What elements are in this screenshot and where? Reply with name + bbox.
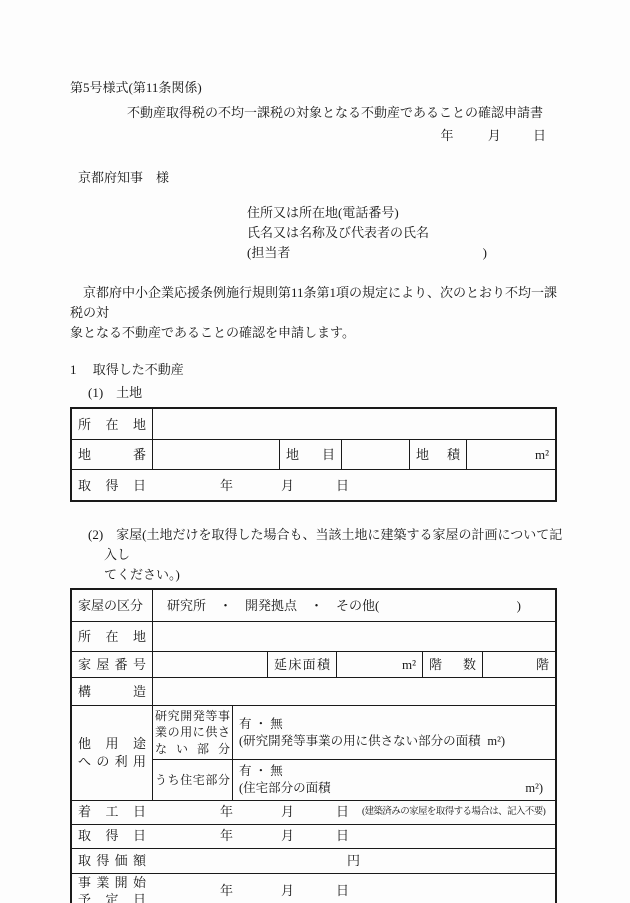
header-date-month-label: 月 <box>488 127 501 145</box>
non-rd-subrow: 研究開発等事業の用に供さない部分 有 ・ 無 (研究開発等事業の用に供さない部分… <box>153 706 555 759</box>
structure-field[interactable] <box>152 678 555 705</box>
floor-area-field[interactable]: m² <box>336 652 422 677</box>
year-label: 年 <box>220 882 233 900</box>
non-rd-area-line: (研究開発等事業の用に供さない部分の面積 m²) <box>239 733 549 750</box>
start-date-label: 着工日 <box>78 803 146 821</box>
non-rd-label: 研究開発等事業の用に供さない部分 <box>155 708 230 757</box>
floor-area-label-cell: 延床面積 <box>267 652 336 677</box>
price-label: 取得価額 <box>78 852 146 870</box>
land-location-label-cell: 所在地 <box>72 409 152 439</box>
non-rd-field[interactable]: 有 ・ 無 (研究開発等事業の用に供さない部分の面積 m²) <box>232 706 555 759</box>
table-row: 事業開始 予定日 年 月 日 <box>72 873 555 903</box>
year-label: 年 <box>220 827 233 845</box>
land-location-label: 所在地 <box>78 416 146 434</box>
land-area-label: 地積 <box>416 446 460 464</box>
land-area-unit: m² <box>535 446 549 464</box>
start-date-field[interactable]: 年 月 日 (建築済みの家屋を取得する場合は、記入不要) <box>152 801 555 824</box>
residential-choice[interactable]: 有 ・ 無 <box>239 763 549 780</box>
table-row: 家屋の区分 研究所 ・ 開発拠点 ・ その他( ) <box>72 590 555 621</box>
floors-label: 階数 <box>429 656 476 674</box>
building-location-field[interactable] <box>152 622 555 651</box>
table-row: 取得価額 円 <box>72 848 555 873</box>
land-location-field[interactable] <box>152 409 555 439</box>
start-date-label-cell: 着工日 <box>72 801 152 824</box>
section-1-heading: 1 取得した不動産 <box>70 361 560 379</box>
land-parcel-label: 地番 <box>78 446 146 464</box>
residential-subrow: うち住宅部分 有 ・ 無 (住宅部分の面積 m²) <box>153 759 555 800</box>
building-acq-date-field[interactable]: 年 月 日 <box>152 825 555 848</box>
building-table: 家屋の区分 研究所 ・ 開発拠点 ・ その他( ) 所在地 家屋番号 <box>70 588 557 903</box>
residential-area-line: (住宅部分の面積 m²) <box>239 780 549 797</box>
land-category-label-cell: 地目 <box>279 440 341 469</box>
table-row: 家屋番号 延床面積 m² 階数 階 <box>72 651 555 677</box>
applicant-name-label: 氏名又は名称及び代表者の氏名 <box>247 223 560 243</box>
header-date-line: 年 月 日 <box>70 127 560 145</box>
month-label: 月 <box>281 803 294 821</box>
price-unit: 円 <box>347 852 360 870</box>
price-field[interactable]: 円 <box>152 849 555 873</box>
building-number-label-cell: 家屋番号 <box>72 652 152 677</box>
floors-field[interactable]: 階 <box>482 652 555 677</box>
year-label: 年 <box>220 803 233 821</box>
contact-close-paren: ) <box>483 243 487 263</box>
building-acq-date-label-cell: 取得日 <box>72 825 152 848</box>
land-parcel-field[interactable] <box>152 440 279 469</box>
business-start-label-cell: 事業開始 予定日 <box>72 874 152 903</box>
residential-area-prefix: (住宅部分の面積 <box>239 780 331 797</box>
structure-label: 構造 <box>78 683 146 701</box>
non-rd-area-prefix: (研究開発等事業の用に供さない部分の面積 <box>239 733 481 750</box>
day-label: 日 <box>336 477 349 495</box>
table-row: 所在地 <box>72 621 555 651</box>
table-row: 所在地 <box>72 409 555 439</box>
table-row: 構造 <box>72 677 555 705</box>
contact-open-label: (担当者 <box>247 243 290 263</box>
price-label-cell: 取得価額 <box>72 849 152 873</box>
residential-field[interactable]: 有 ・ 無 (住宅部分の面積 m²) <box>232 760 555 800</box>
form-title: 不動産取得税の不均一課税の対象となる不動産であることの確認申請書 <box>127 104 560 122</box>
business-start-label: 事業開始 予定日 <box>78 874 146 903</box>
residential-area-suffix: m²) <box>525 780 543 797</box>
day-label: 日 <box>336 827 349 845</box>
land-parcel-label-cell: 地番 <box>72 440 152 469</box>
land-acq-date-label-cell: 取得日 <box>72 470 152 500</box>
floors-unit: 階 <box>536 656 549 674</box>
land-category-field[interactable] <box>341 440 409 469</box>
application-statement: 京都府中小企業応援条例施行規則第11条第1項の規定により、次のとおり不均一課税の… <box>70 283 560 343</box>
month-label: 月 <box>281 827 294 845</box>
other-use-label: 他用途 への利用 <box>78 735 146 770</box>
building-class-close-paren: ) <box>517 597 521 615</box>
table-row: 地番 地目 地積 m² <box>72 439 555 469</box>
header-date-year-label: 年 <box>440 127 453 145</box>
land-area-label-cell: 地積 <box>409 440 466 469</box>
header-date-day-label: 日 <box>533 127 546 145</box>
table-row: 着工日 年 月 日 (建築済みの家屋を取得する場合は、記入不要) <box>72 800 555 824</box>
month-label: 月 <box>281 477 294 495</box>
land-acq-date-label: 取得日 <box>78 477 146 495</box>
year-label: 年 <box>220 477 233 495</box>
residential-label-cell: うち住宅部分 <box>153 760 232 800</box>
structure-label-cell: 構造 <box>72 678 152 705</box>
building-number-label: 家屋番号 <box>78 656 146 674</box>
building-class-options: 研究所 ・ 開発拠点 ・ その他( <box>167 597 379 615</box>
building-location-label-cell: 所在地 <box>72 622 152 651</box>
form-page: 第5号様式(第11条関係) 不動産取得税の不均一課税の対象となる不動産であること… <box>0 0 630 903</box>
residential-label: うち住宅部分 <box>155 772 230 788</box>
land-table: 所在地 地番 地目 地積 m² <box>70 407 557 502</box>
day-label: 日 <box>336 803 349 821</box>
other-use-row: 他用途 への利用 研究開発等事業の用に供さない部分 有 ・ 無 (研究開発等事業… <box>72 705 555 799</box>
start-date-note: (建築済みの家屋を取得する場合は、記入不要) <box>362 806 545 819</box>
building-acq-date-label: 取得日 <box>78 827 146 845</box>
month-label: 月 <box>281 882 294 900</box>
building-location-label: 所在地 <box>78 628 146 646</box>
building-subheading: (2) 家屋(土地だけを取得した場合も、当該土地に建築する家屋の計画について記入… <box>104 525 566 585</box>
building-class-field[interactable]: 研究所 ・ 開発拠点 ・ その他( ) <box>152 590 555 621</box>
addressee: 京都府知事 様 <box>78 169 560 187</box>
building-class-label: 家屋の区分 <box>78 597 143 615</box>
land-area-field[interactable]: m² <box>466 440 555 469</box>
applicant-address-label: 住所又は所在地(電話番号) <box>247 203 560 223</box>
floor-area-label: 延床面積 <box>274 656 330 674</box>
other-use-subtable: 研究開発等事業の用に供さない部分 有 ・ 無 (研究開発等事業の用に供さない部分… <box>152 706 555 799</box>
business-start-field[interactable]: 年 月 日 <box>152 874 555 903</box>
table-row: 取得日 年 月 日 <box>72 469 555 500</box>
non-rd-choice[interactable]: 有 ・ 無 <box>239 716 549 733</box>
floors-label-cell: 階数 <box>422 652 482 677</box>
applicant-block: 住所又は所在地(電話番号) 氏名又は名称及び代表者の氏名 (担当者 ) <box>247 203 560 263</box>
land-category-label: 地目 <box>286 446 335 464</box>
land-subheading: (1) 土地 <box>88 384 560 402</box>
non-rd-label-cell: 研究開発等事業の用に供さない部分 <box>153 706 232 759</box>
non-rd-area-suffix: m²) <box>487 733 505 750</box>
contact-person-line: (担当者 ) <box>247 243 487 263</box>
other-use-label-cell: 他用途 への利用 <box>72 706 152 799</box>
floor-area-unit: m² <box>402 656 416 674</box>
form-content: 第5号様式(第11条関係) 不動産取得税の不均一課税の対象となる不動産であること… <box>0 0 630 903</box>
table-row: 取得日 年 月 日 <box>72 824 555 848</box>
form-number: 第5号様式(第11条関係) <box>70 79 560 97</box>
building-class-label-cell: 家屋の区分 <box>72 590 152 621</box>
day-label: 日 <box>336 882 349 900</box>
land-acq-date-field[interactable]: 年 月 日 <box>152 470 555 500</box>
building-number-field[interactable] <box>152 652 267 677</box>
